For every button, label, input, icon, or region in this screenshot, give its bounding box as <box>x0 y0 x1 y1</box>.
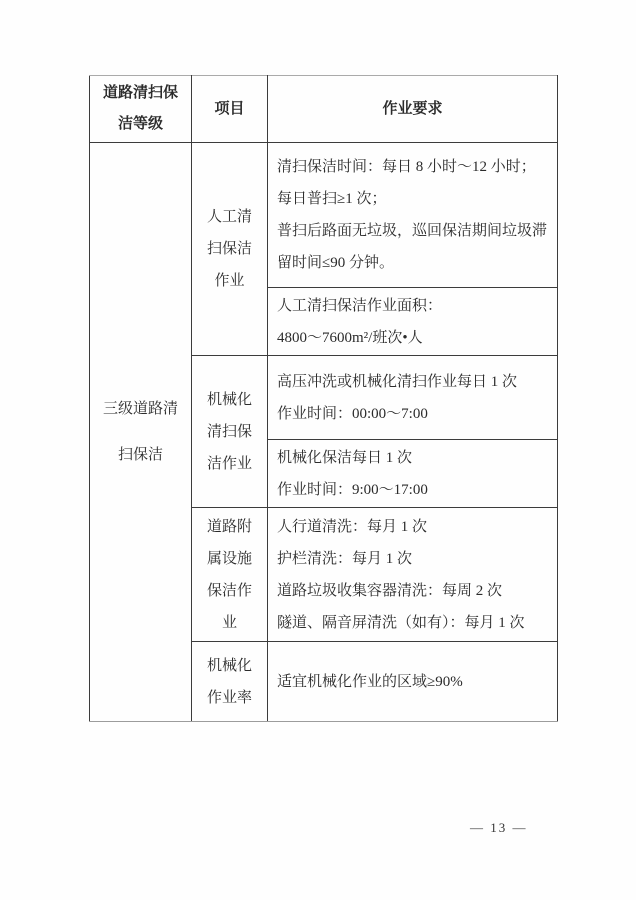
requirement-line: 隧道、隔音屏清洗（如有）：每月 1 次 <box>277 607 553 639</box>
cleaning-standards-table: 道路清扫保洁等级 项目 作业要求 三级道路清扫保洁 人工清扫保洁作业 清扫保洁时… <box>89 75 558 722</box>
header-cell-level: 道路清扫保洁等级 <box>90 76 192 143</box>
project-cell-mechanization-rate: 机械化作业率 <box>192 642 268 722</box>
requirement-cell: 适宜机械化作业的区域≥90% <box>268 642 558 722</box>
project-cell-road-facilities: 道路附属设施保洁作业 <box>192 508 268 642</box>
project-cell-mechanized-sweeping: 机械化清扫保洁作业 <box>192 356 268 508</box>
page-number: — 13 — <box>470 820 528 836</box>
requirement-cell: 人行道清洗：每月 1 次 护栏清洗：每月 1 次 道路垃圾收集容器清洗：每周 2… <box>268 508 558 642</box>
header-cell-requirements: 作业要求 <box>268 76 558 143</box>
requirement-line: 作业时间：00:00～7:00 <box>277 398 553 430</box>
level-cell: 三级道路清扫保洁 <box>90 143 192 722</box>
requirement-line: 机械化保洁每日 1 次 <box>277 442 553 474</box>
requirement-line: 作业时间：9:00～17:00 <box>277 474 553 506</box>
requirement-cell: 高压冲洗或机械化清扫作业每日 1 次 作业时间：00:00～7:00 <box>268 356 558 440</box>
requirement-line: 清扫保洁时间：每日 8 小时～12 小时； <box>277 151 553 183</box>
requirement-line: 每日普扫≥1 次； <box>277 183 553 215</box>
requirement-line: 人行道清洗：每月 1 次 <box>277 511 553 543</box>
table-row: 三级道路清扫保洁 人工清扫保洁作业 清扫保洁时间：每日 8 小时～12 小时； … <box>90 143 558 288</box>
requirement-line: 高压冲洗或机械化清扫作业每日 1 次 <box>277 366 553 398</box>
project-cell-manual-sweeping: 人工清扫保洁作业 <box>192 143 268 356</box>
requirement-line: 护栏清洗：每月 1 次 <box>277 543 553 575</box>
requirement-line: 4800～7600m²/班次•人 <box>277 322 553 354</box>
requirement-cell: 人工清扫保洁作业面积： 4800～7600m²/班次•人 <box>268 288 558 356</box>
header-cell-project: 项目 <box>192 76 268 143</box>
requirement-cell: 清扫保洁时间：每日 8 小时～12 小时； 每日普扫≥1 次； 普扫后路面无垃圾… <box>268 143 558 288</box>
requirement-line: 普扫后路面无垃圾，巡回保洁期间垃圾滞留时间≤90 分钟。 <box>277 215 553 279</box>
requirement-line: 人工清扫保洁作业面积： <box>277 290 553 322</box>
requirement-line: 道路垃圾收集容器清洗：每周 2 次 <box>277 575 553 607</box>
table-header-row: 道路清扫保洁等级 项目 作业要求 <box>90 76 558 143</box>
requirement-cell: 机械化保洁每日 1 次 作业时间：9:00～17:00 <box>268 440 558 508</box>
requirement-line: 适宜机械化作业的区域≥90% <box>277 666 553 698</box>
